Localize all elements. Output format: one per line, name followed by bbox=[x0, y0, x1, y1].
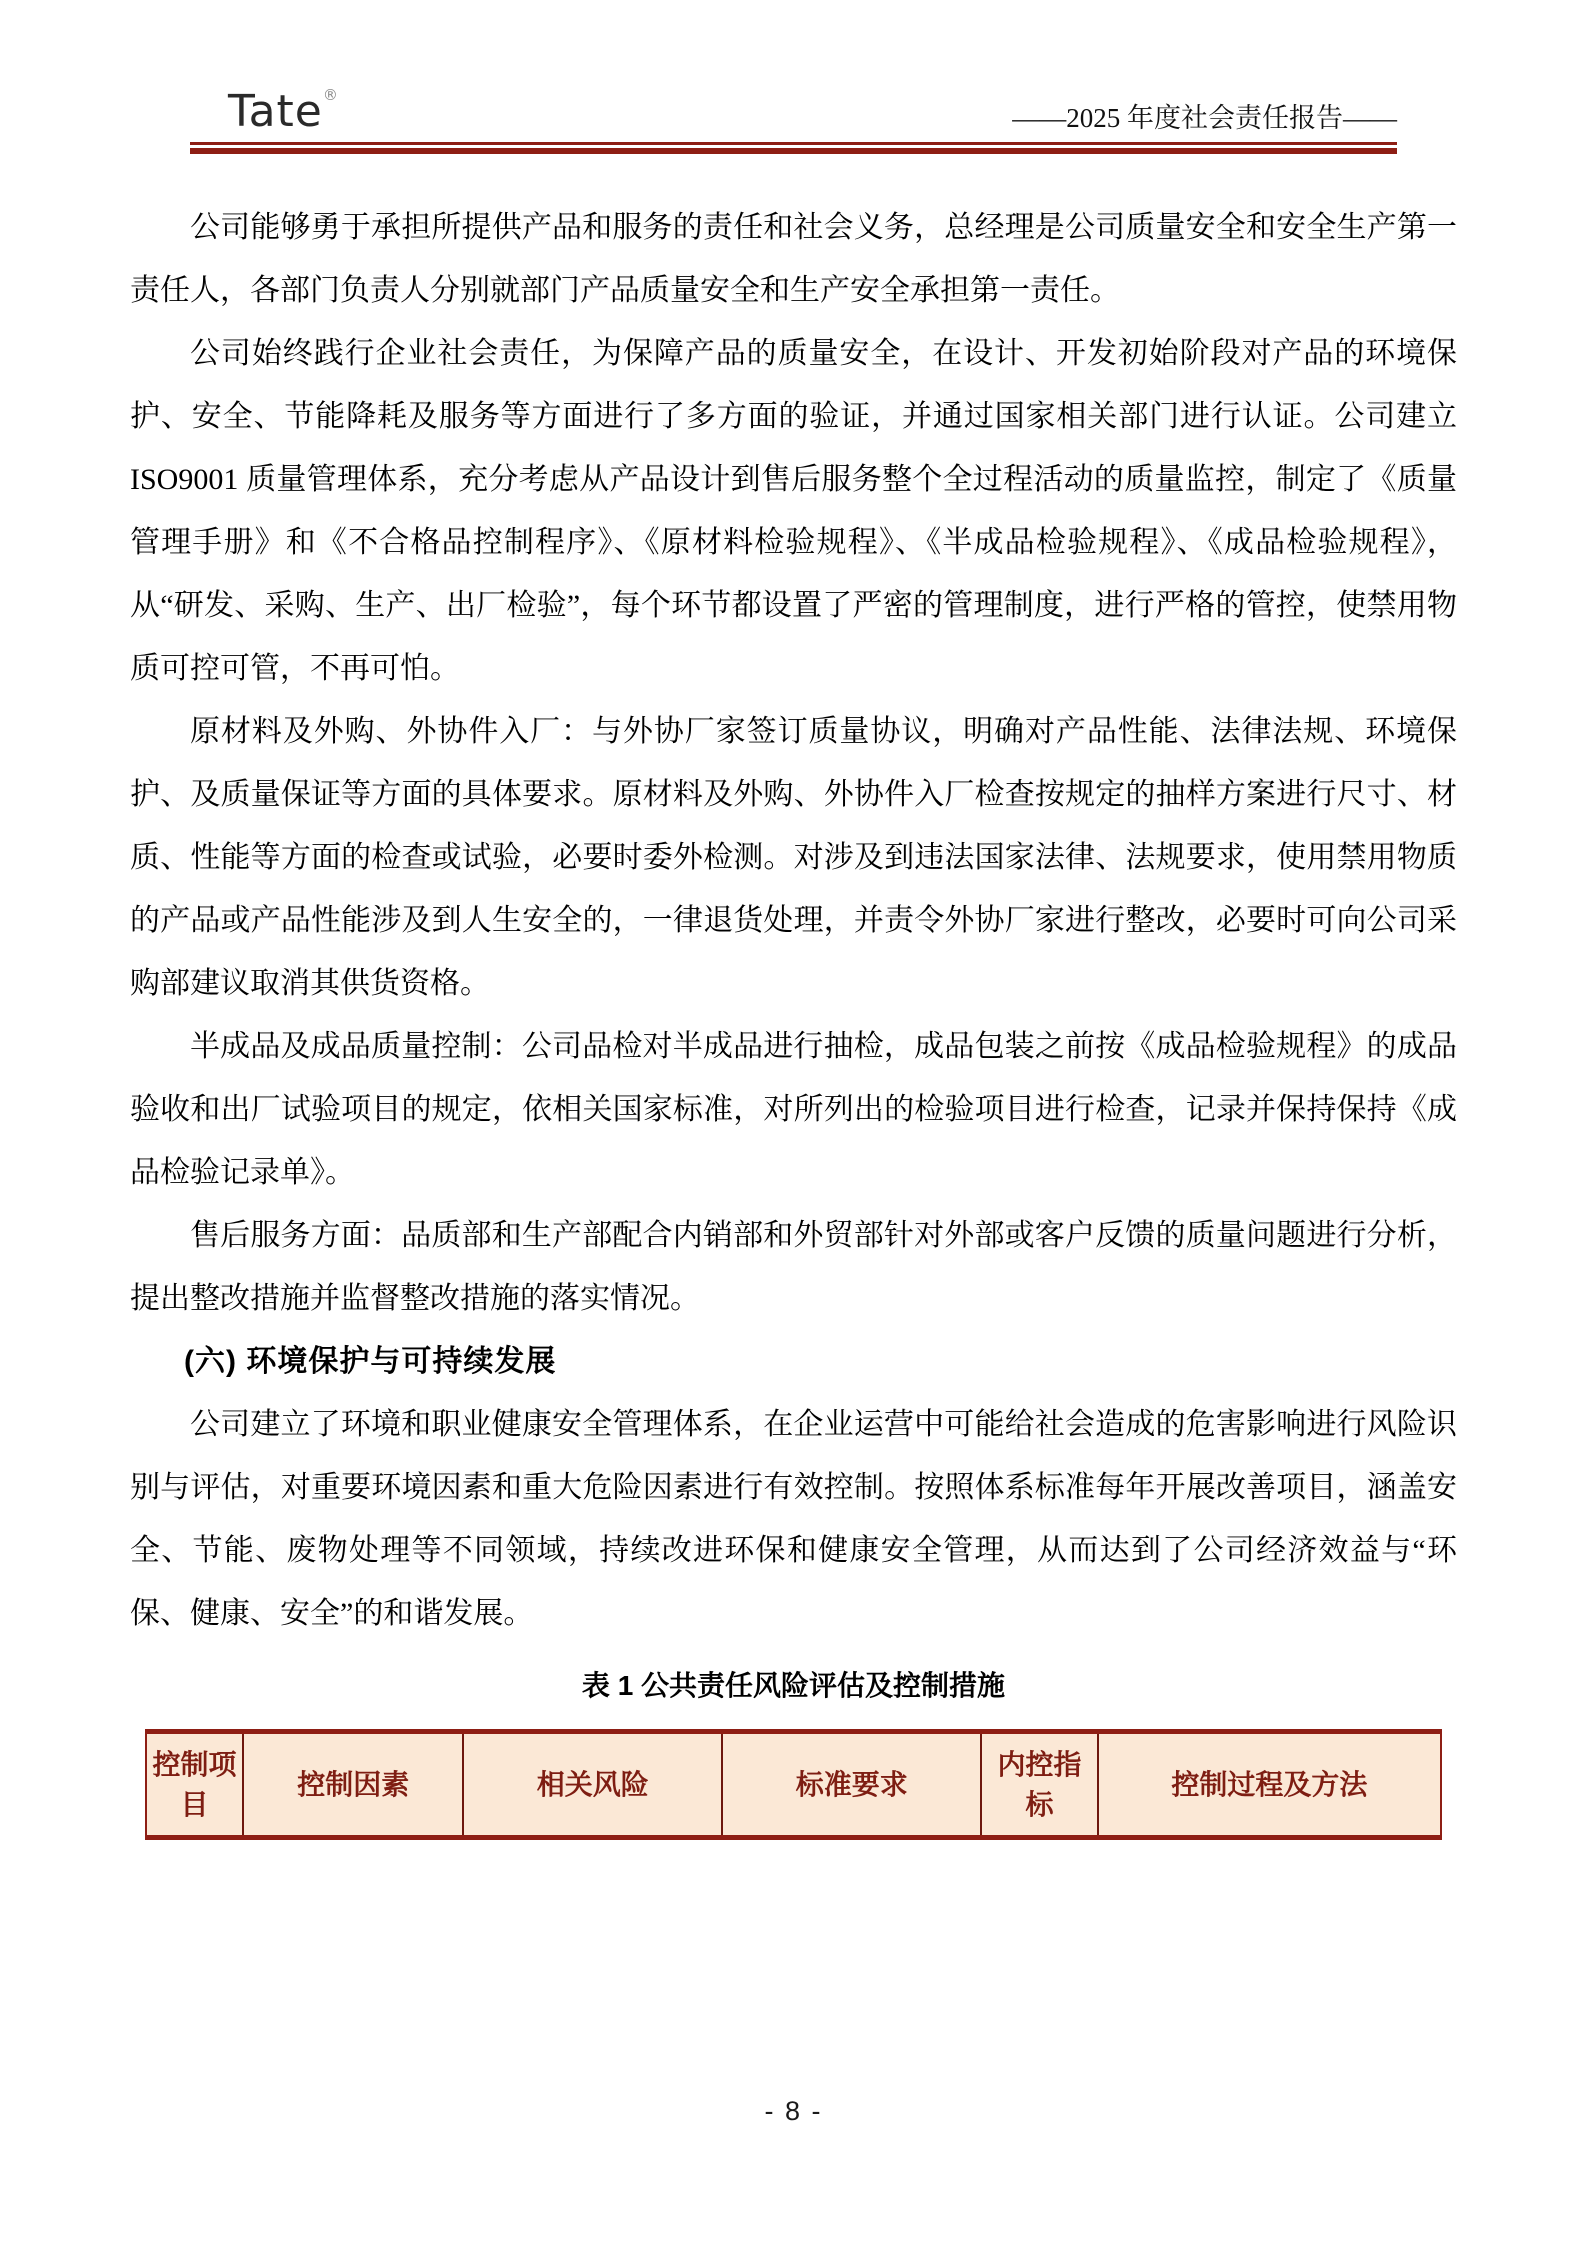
logo-text: Tate bbox=[228, 86, 323, 137]
paragraph: 售后服务方面：品质部和生产部配合内销部和外贸部针对外部或客户反馈的质量问题进行分… bbox=[130, 1204, 1457, 1330]
registered-trademark-icon: ® bbox=[323, 86, 338, 104]
paragraph: 原材料及外购、外协件入厂：与外协厂家签订质量协议，明确对产品性能、法律法规、环境… bbox=[130, 700, 1457, 1015]
paragraph: 公司建立了环境和职业健康安全管理体系，在企业运营中可能给社会造成的危害影响进行风… bbox=[130, 1393, 1457, 1645]
page-header: Tate® ——2025 年度社会责任报告—— bbox=[190, 0, 1397, 134]
page-number: - 8 - bbox=[0, 2096, 1587, 2127]
column-header-standard-req: 标准要求 bbox=[722, 1732, 981, 1838]
risk-assessment-table: 控制项目 控制因素 相关风险 标准要求 内控指标 控制过程及方法 bbox=[145, 1729, 1442, 1840]
paragraph: 公司能够勇于承担所提供产品和服务的责任和社会义务，总经理是公司质量安全和安全生产… bbox=[130, 196, 1457, 322]
column-header-control-item: 控制项目 bbox=[146, 1732, 243, 1838]
column-header-related-risk: 相关风险 bbox=[463, 1732, 722, 1838]
column-header-control-factor: 控制因素 bbox=[243, 1732, 463, 1838]
report-title: ——2025 年度社会责任报告—— bbox=[1012, 105, 1397, 134]
paragraph: 公司始终践行企业社会责任，为保障产品的质量安全，在设计、开发初始阶段对产品的环境… bbox=[130, 322, 1457, 700]
header-divider bbox=[190, 142, 1397, 154]
report-page: Tate® ——2025 年度社会责任报告—— 公司能够勇于承担所提供产品和服务… bbox=[0, 0, 1587, 2245]
paragraph: 半成品及成品质量控制：公司品检对半成品进行抽检，成品包装之前按《成品检验规程》的… bbox=[130, 1015, 1457, 1204]
column-header-internal-index: 内控指标 bbox=[981, 1732, 1098, 1838]
column-header-control-method: 控制过程及方法 bbox=[1098, 1732, 1441, 1838]
table-header-row: 控制项目 控制因素 相关风险 标准要求 内控指标 控制过程及方法 bbox=[146, 1732, 1441, 1838]
body-text: 公司能够勇于承担所提供产品和服务的责任和社会义务，总经理是公司质量安全和安全生产… bbox=[130, 196, 1457, 1645]
company-logo: Tate® bbox=[228, 88, 338, 134]
divider-thick-line bbox=[190, 148, 1397, 154]
section-heading-environment: (六) 环境保护与可持续发展 bbox=[130, 1330, 1457, 1393]
table-caption: 表 1 公共责任风险评估及控制措施 bbox=[130, 1663, 1457, 1709]
